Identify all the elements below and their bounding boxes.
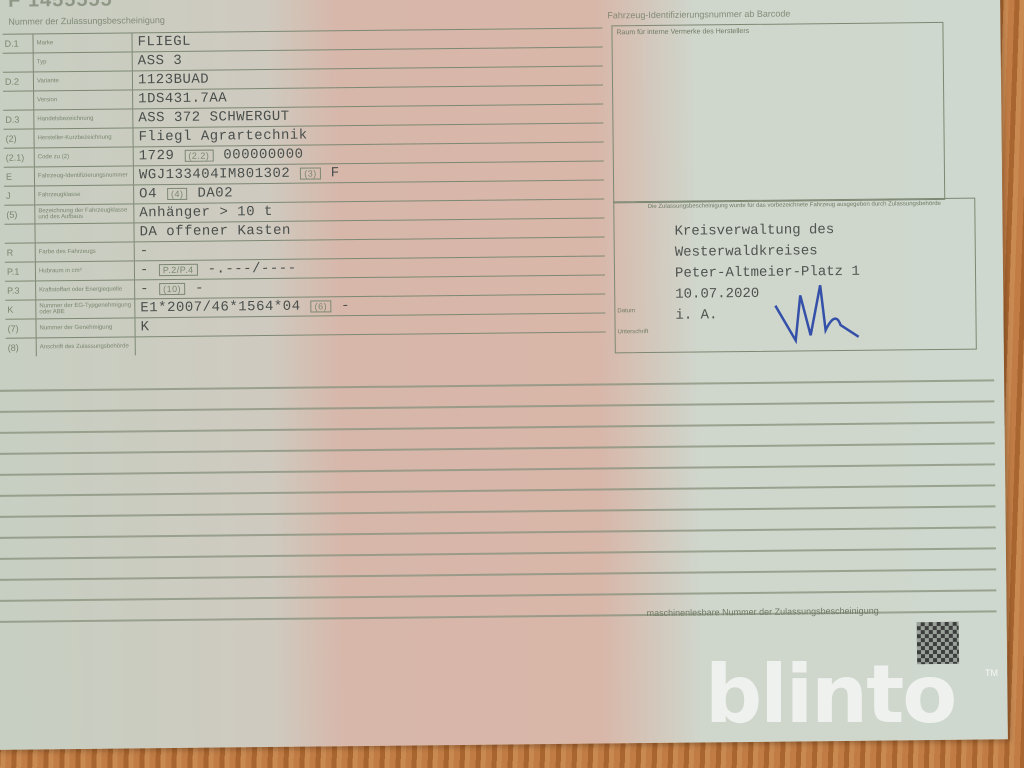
field-label: Version bbox=[34, 90, 133, 109]
field-label: Nummer der Genehmigung bbox=[36, 318, 135, 337]
field-code: (2) bbox=[3, 129, 34, 147]
sub-field-code: (3) bbox=[300, 167, 321, 179]
sub-field-code: (2.2) bbox=[184, 150, 213, 162]
field-label: Farbe des Fahrzeugs bbox=[36, 242, 135, 261]
field-label: Marke bbox=[33, 33, 132, 52]
watermark-logo: blinto bbox=[705, 648, 955, 741]
signature-label: Unterschrift bbox=[618, 329, 649, 335]
sub-field-value: - bbox=[195, 281, 204, 297]
field-label: Nummer der EG-Typgenehmigung oder ABE bbox=[36, 299, 135, 318]
sub-field-value: F bbox=[331, 165, 340, 181]
field-code bbox=[4, 224, 35, 242]
trademark-symbol: TM bbox=[985, 668, 998, 678]
vin-caption: Fahrzeug-Identifizierungsnummer ab Barco… bbox=[607, 9, 790, 21]
authority-line: Westerwaldkreises bbox=[675, 241, 860, 264]
field-label: Fahrzeug-Identifizierungsnummer bbox=[35, 166, 134, 185]
field-code: K bbox=[5, 300, 36, 318]
issuer-caption: Die Zulassungsbescheinigung wurde für da… bbox=[614, 199, 974, 213]
document-number: F 1455555 bbox=[8, 0, 113, 13]
field-code: R bbox=[5, 243, 36, 261]
field-code: (8) bbox=[6, 338, 37, 356]
field-label bbox=[35, 223, 134, 242]
field-code: D.3 bbox=[3, 110, 34, 128]
registration-certificate: F 1455555 Nummer der Zulassungsbescheini… bbox=[0, 0, 1008, 750]
sub-field-value: - bbox=[341, 298, 350, 314]
field-label: Typ bbox=[34, 52, 133, 71]
field-label: Bezeichnung der Fahrzeugklasse und des A… bbox=[35, 204, 134, 223]
signature-icon bbox=[770, 275, 861, 346]
sub-field-value: 000000000 bbox=[223, 147, 303, 164]
date-label: Datum bbox=[617, 308, 635, 314]
internal-notes-box: Raum für interne Vermerke des Hersteller… bbox=[611, 22, 945, 203]
field-value bbox=[136, 341, 606, 346]
sub-field-value: -.---/---- bbox=[207, 261, 296, 278]
fields-table: D.1 Marke FLIEGL Typ ASS 3D.2 Variante 1… bbox=[2, 27, 605, 356]
field-code: (5) bbox=[4, 205, 35, 223]
field-label: Hubraum in cm³ bbox=[36, 261, 135, 280]
field-label: Fahrzeugklasse bbox=[35, 185, 134, 204]
field-code: (7) bbox=[5, 319, 36, 337]
document-number-caption: Nummer der Zulassungsbescheinigung bbox=[8, 15, 165, 27]
field-label: Code zu (2) bbox=[35, 147, 134, 166]
authority-line: Kreisverwaltung des bbox=[674, 220, 859, 243]
field-code: (2.1) bbox=[4, 148, 35, 166]
field-code: D.2 bbox=[3, 72, 34, 90]
internal-notes-caption: Raum für interne Vermerke des Hersteller… bbox=[612, 23, 942, 39]
field-label: Hersteller-Kurzbezeichnung bbox=[34, 128, 133, 147]
field-label: Kraftstoffart oder Energiequelle bbox=[36, 280, 135, 299]
sub-field-code: (4) bbox=[167, 188, 188, 200]
blank-ruled-lines bbox=[0, 379, 997, 642]
field-label: Handelsbezeichnung bbox=[34, 109, 133, 128]
sub-field-code: P.2/P.4 bbox=[159, 264, 198, 276]
field-code bbox=[3, 91, 34, 109]
sub-field-code: (10) bbox=[159, 283, 185, 295]
field-label: Variante bbox=[34, 71, 133, 90]
field-code: D.1 bbox=[2, 34, 33, 52]
field-code bbox=[3, 53, 34, 71]
sub-field-value: DA02 bbox=[197, 185, 233, 201]
sub-field-code: (6) bbox=[311, 300, 332, 312]
field-label: Anschrift des Zulassungsbehörde bbox=[37, 337, 136, 356]
issuer-stamp-box: Die Zulassungsbescheinigung wurde für da… bbox=[613, 198, 977, 354]
field-code: P.3 bbox=[5, 281, 36, 299]
field-code: E bbox=[4, 167, 35, 185]
field-code: J bbox=[4, 186, 35, 204]
field-code: P.1 bbox=[5, 262, 36, 280]
